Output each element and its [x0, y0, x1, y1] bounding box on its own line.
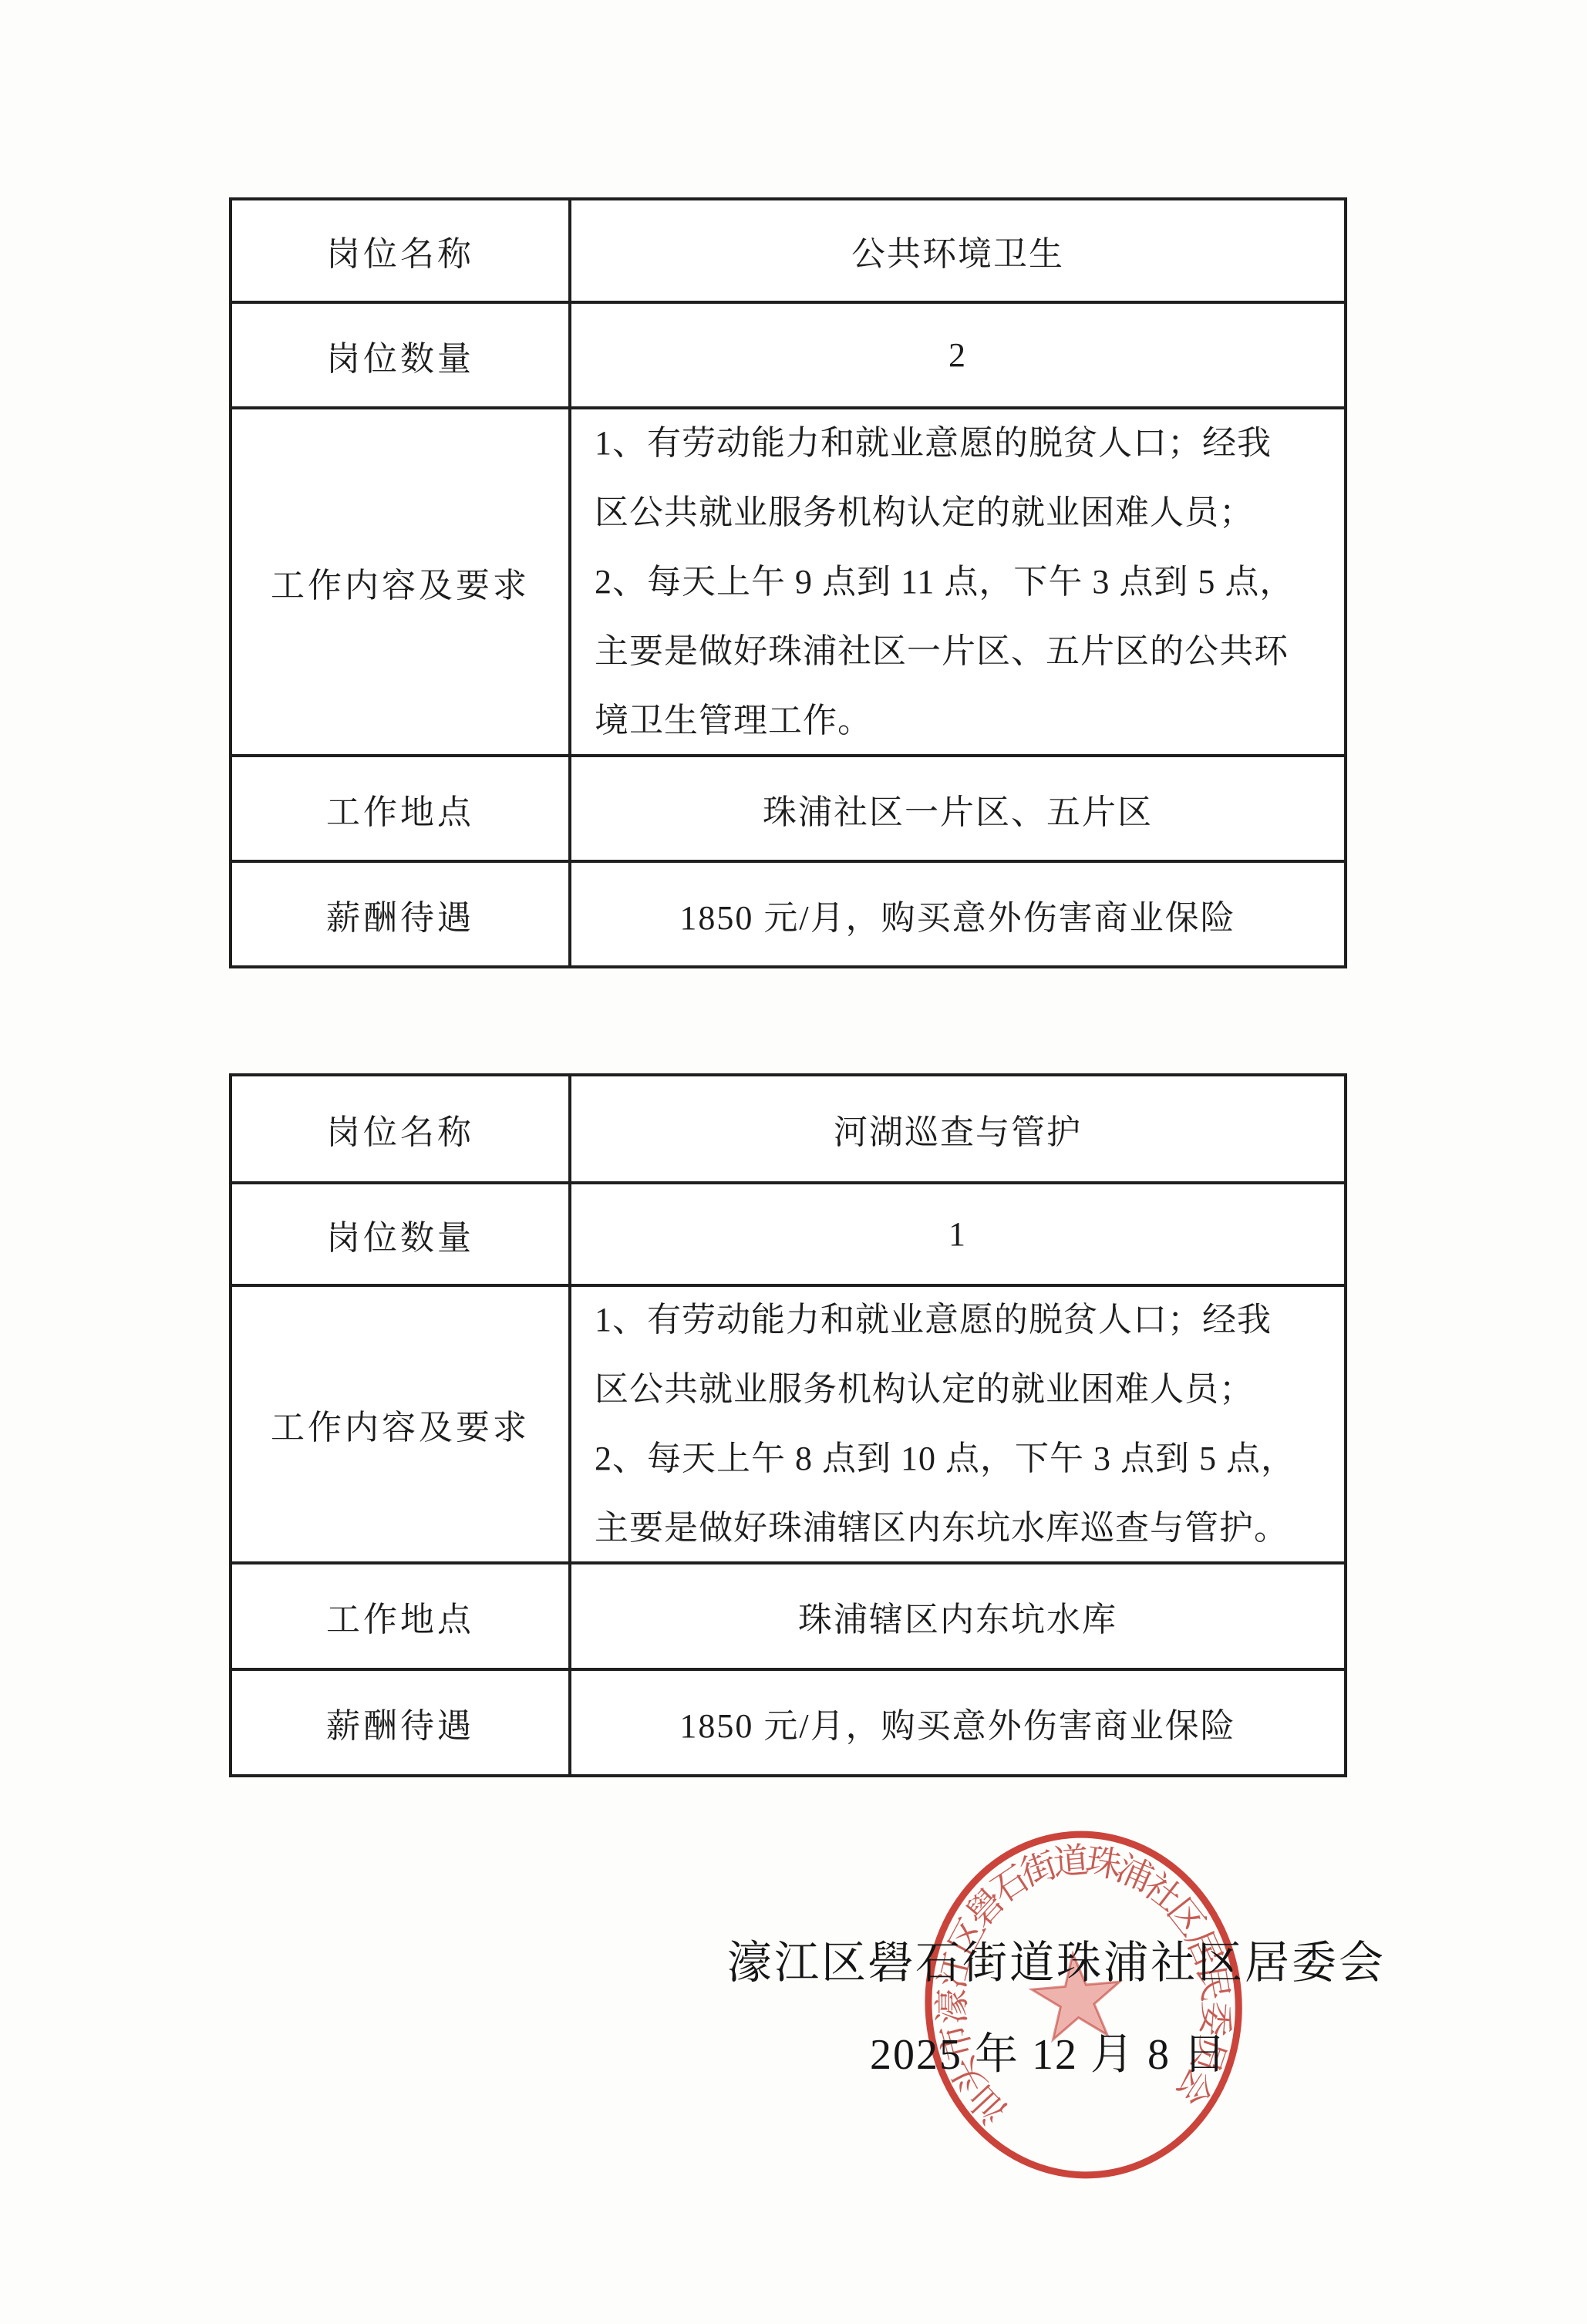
row-label-position-count: 岗位数量	[232, 1184, 571, 1287]
row-value-salary: 1850 元/月，购买意外伤害商业保险	[571, 1671, 1344, 1774]
issue-date: 2025 年 12 月 8 日	[841, 2020, 1257, 2082]
row-label-work-location: 工作地点	[232, 757, 571, 863]
row-label-salary: 薪酬待遇	[232, 863, 571, 965]
row-label-position-count: 岗位数量	[232, 304, 571, 409]
row-label-work-content: 工作内容及要求	[232, 409, 571, 757]
row-label-position-name: 岗位名称	[232, 1076, 571, 1184]
row-label-salary: 薪酬待遇	[232, 1671, 571, 1774]
row-label-position-name: 岗位名称	[232, 200, 571, 304]
work-content-text: 1、有劳动能力和就业意愿的脱贫人口；经我 区公共就业服务机构认定的就业困难人员；…	[595, 1285, 1296, 1563]
row-value-position-name: 公共环境卫生	[571, 200, 1344, 304]
row-value-position-count: 2	[571, 304, 1344, 409]
job-table-2: 岗位名称 河湖巡查与管护 岗位数量 1 工作内容及要求 1、有劳动能力和就业意愿…	[229, 1073, 1347, 1777]
official-seal: 汕头市濠江区礐石街道珠浦社区居民委员会	[903, 1812, 1265, 2196]
row-label-work-location: 工作地点	[232, 1564, 571, 1671]
seal-ring-char: 濠	[935, 1988, 970, 2023]
row-value-position-name: 河湖巡查与管护	[571, 1076, 1344, 1184]
seal-ring-text: 汕头市濠江区礐石街道珠浦社区居民委员会	[903, 1812, 1265, 2196]
row-value-work-content: 1、有劳动能力和就业意愿的脱贫人口；经我 区公共就业服务机构认定的就业困难人员；…	[571, 409, 1344, 757]
row-value-work-content: 1、有劳动能力和就业意愿的脱贫人口；经我 区公共就业服务机构认定的就业困难人员；…	[571, 1287, 1344, 1564]
job-table-1: 岗位名称 公共环境卫生 岗位数量 2 工作内容及要求 1、有劳动能力和就业意愿的…	[229, 197, 1347, 968]
work-content-text: 1、有劳动能力和就业意愿的脱贫人口；经我 区公共就业服务机构认定的就业困难人员；…	[595, 409, 1294, 756]
row-value-work-location: 珠浦辖区内东坑水库	[571, 1564, 1344, 1671]
row-value-salary: 1850 元/月，购买意外伤害商业保险	[571, 863, 1344, 965]
row-value-position-count: 1	[571, 1184, 1344, 1287]
row-label-work-content: 工作内容及要求	[232, 1287, 571, 1564]
issuer-signature: 濠江区礐石街道珠浦社区居委会	[709, 1926, 1403, 1991]
document-page: { "colors": { "seal_red": "#c5342a", "in…	[0, 0, 1587, 2324]
row-value-work-location: 珠浦社区一片区、五片区	[571, 757, 1344, 863]
